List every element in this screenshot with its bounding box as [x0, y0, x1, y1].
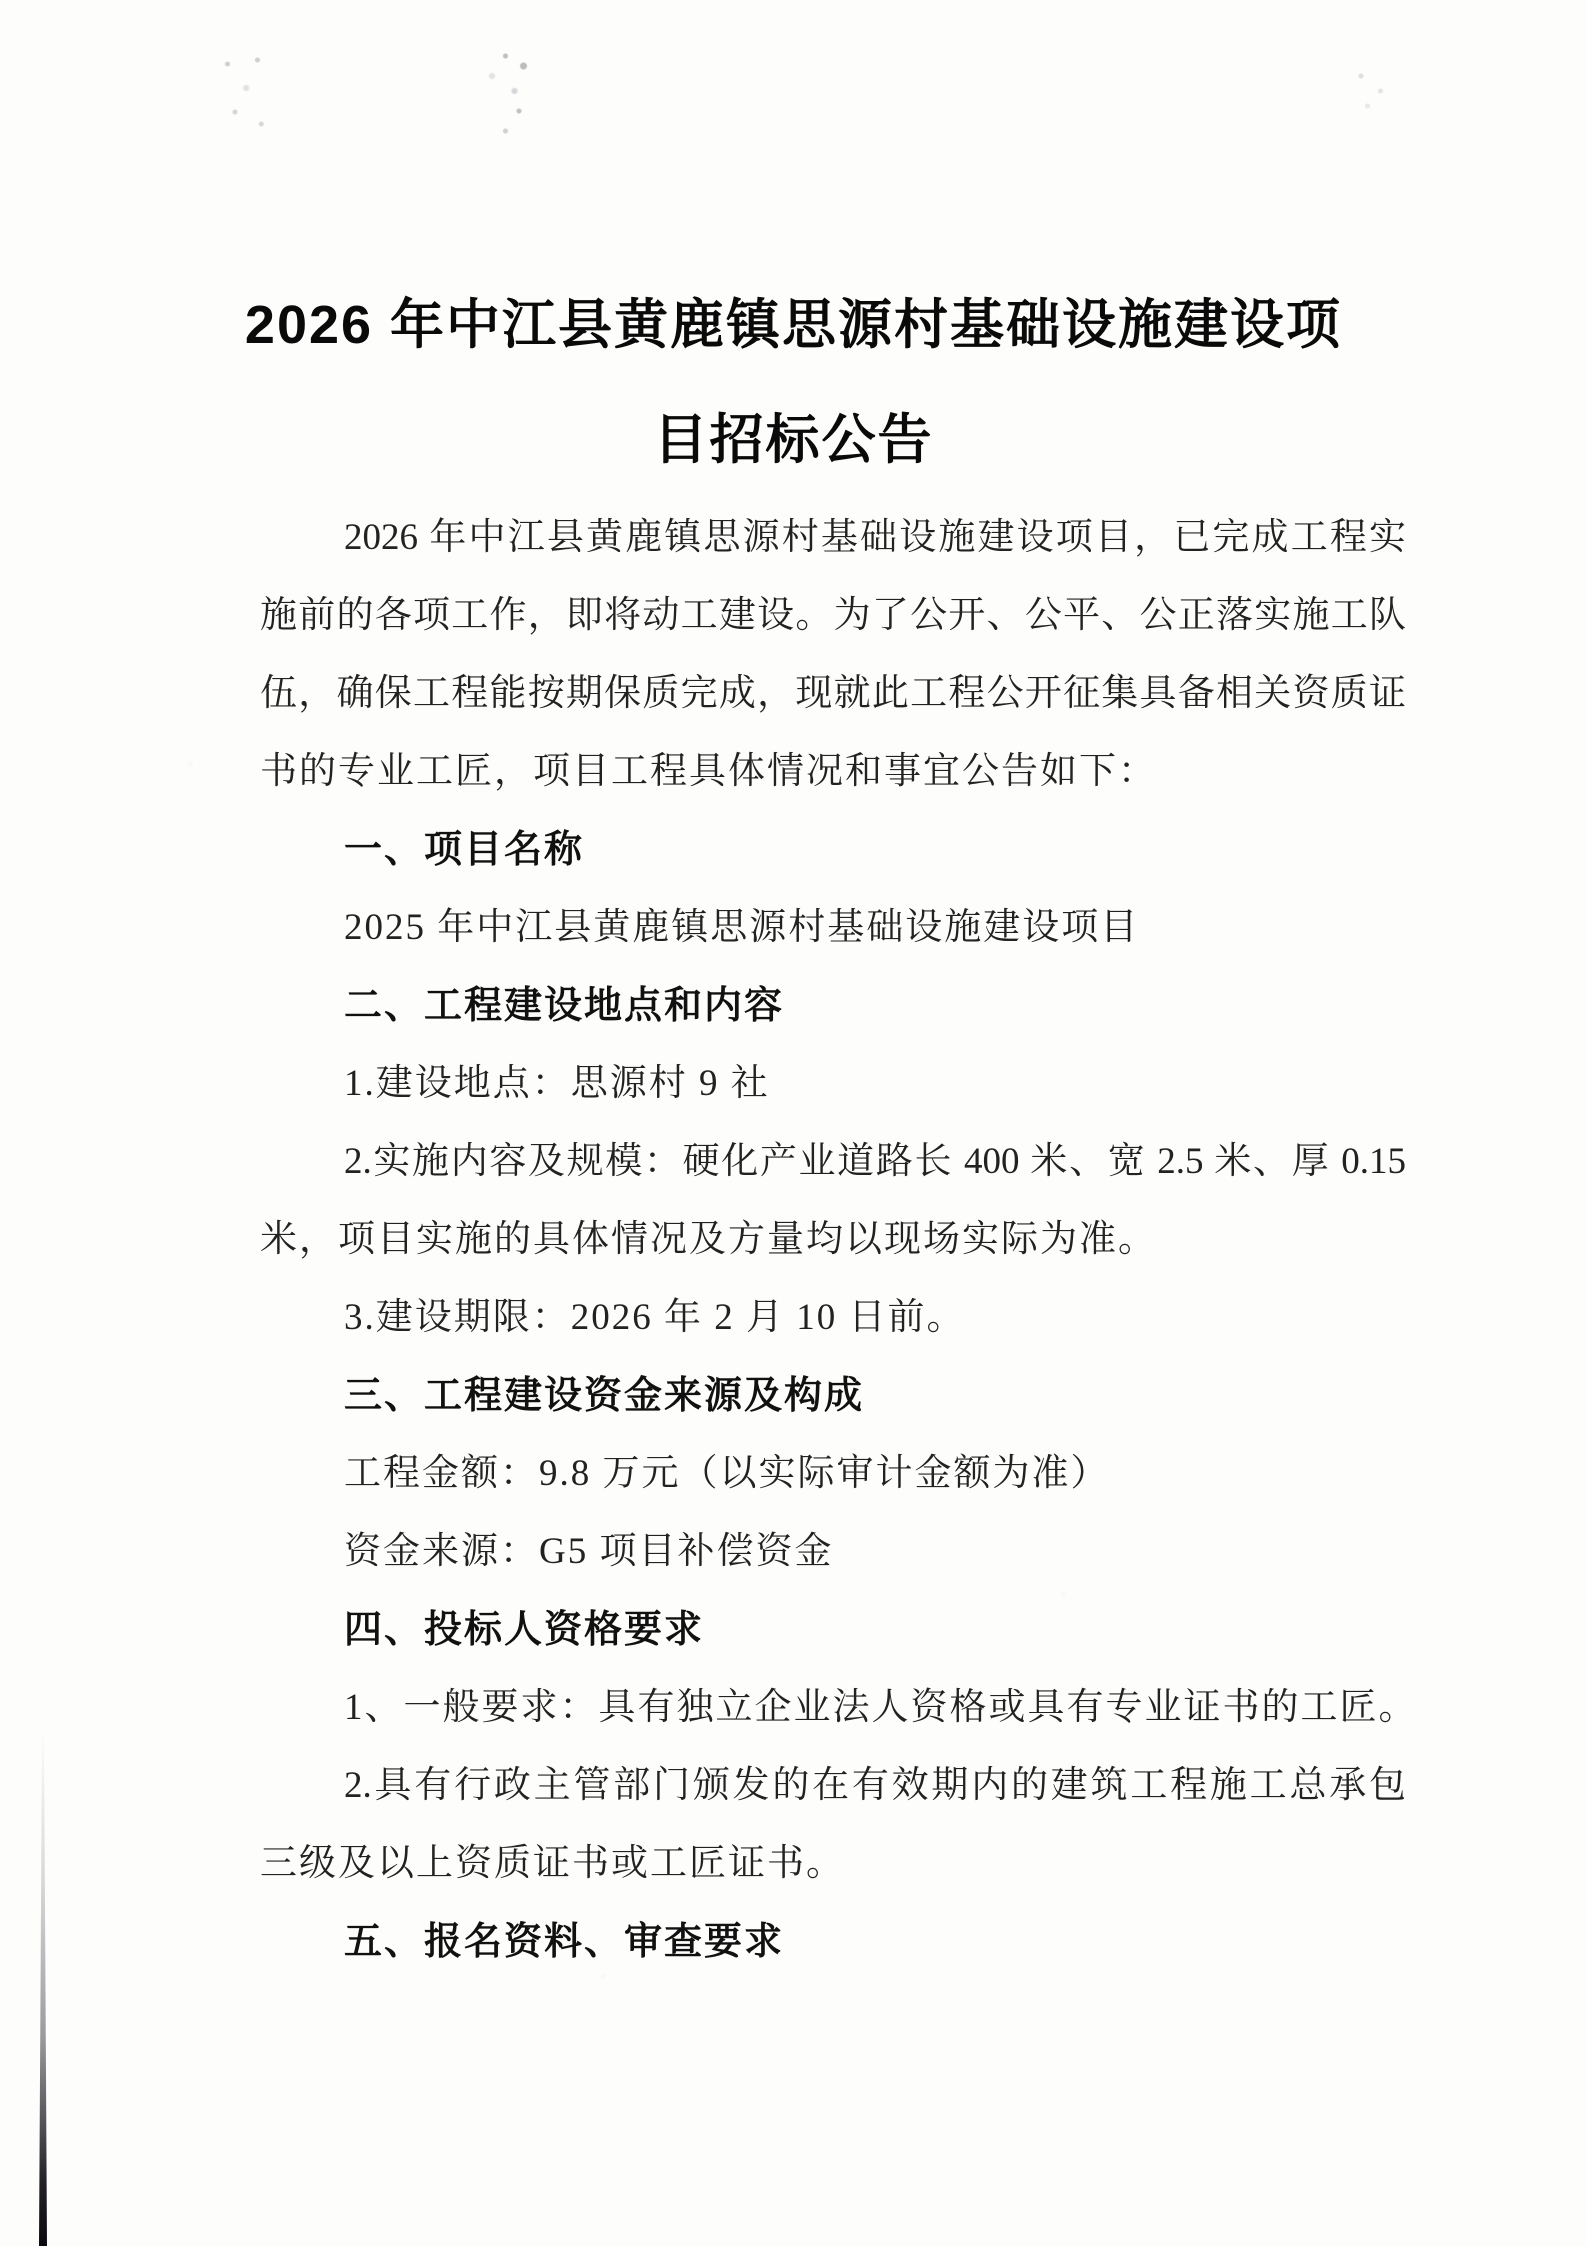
section-heading-funding: 三、工程建设资金来源及构成	[260, 1357, 1406, 1435]
detail-line-certificate-requirement: 2.具有行政主管部门颁发的在有效期内的建筑工程施工总承包	[260, 1747, 1406, 1825]
document-body: 2026 年中江县黄鹿镇思源村基础设施建设项目，已完成工程实 施前的各项工作，即…	[260, 499, 1406, 1981]
detail-line-amount: 工程金额：9.8 万元（以实际审计金额为准）	[260, 1435, 1406, 1513]
document-title: 2026 年中江县黄鹿镇思源村基础设施建设项 目招标公告	[90, 268, 1497, 498]
section-heading-location-content: 二、工程建设地点和内容	[260, 967, 1406, 1045]
intro-paragraph-line: 施前的各项工作，即将动工建设。为了公开、公平、公正落实施工队	[260, 577, 1406, 655]
section-heading-bidder-qualification: 四、投标人资格要求	[260, 1591, 1406, 1669]
scan-smudge-artifact	[465, 46, 555, 146]
scan-smudge-artifact	[1335, 58, 1400, 118]
intro-paragraph-line: 2026 年中江县黄鹿镇思源村基础设施建设项目，已完成工程实	[260, 499, 1406, 577]
intro-paragraph-line: 书的专业工匠，项目工程具体情况和事宜公告如下：	[260, 733, 1406, 811]
detail-line-certificate-continued: 三级及以上资质证书或工匠证书。	[260, 1825, 1406, 1903]
detail-line-location: 1.建设地点：思源村 9 社	[260, 1045, 1406, 1123]
scan-smudge-artifact	[205, 52, 280, 132]
document-title-line-2: 目招标公告	[90, 383, 1497, 498]
detail-line-fund-source: 资金来源：G5 项目补偿资金	[260, 1513, 1406, 1591]
document-title-line-1: 2026 年中江县黄鹿镇思源村基础设施建设项	[90, 268, 1497, 383]
scanned-document-page: 2026 年中江县黄鹿镇思源村基础设施建设项 目招标公告 2026 年中江县黄鹿…	[0, 0, 1587, 2246]
detail-line-general-requirement: 1、一般要求：具有独立企业法人资格或具有专业证书的工匠。	[260, 1669, 1406, 1747]
section-heading-project-name: 一、项目名称	[260, 811, 1406, 889]
intro-paragraph-line: 伍，确保工程能按期保质完成，现就此工程公开征集具备相关资质证	[260, 655, 1406, 733]
detail-line-deadline: 3.建设期限：2026 年 2 月 10 日前。	[260, 1279, 1406, 1357]
project-name-line: 2025 年中江县黄鹿镇思源村基础设施建设项目	[260, 889, 1406, 967]
detail-line-scope: 2.实施内容及规模：硬化产业道路长 400 米、宽 2.5 米、厚 0.15	[260, 1123, 1406, 1201]
detail-line-scope-continued: 米，项目实施的具体情况及方量均以现场实际为准。	[260, 1201, 1406, 1279]
scan-edge-line-artifact	[39, 1728, 47, 2246]
section-heading-registration-review: 五、报名资料、审查要求	[260, 1903, 1406, 1981]
